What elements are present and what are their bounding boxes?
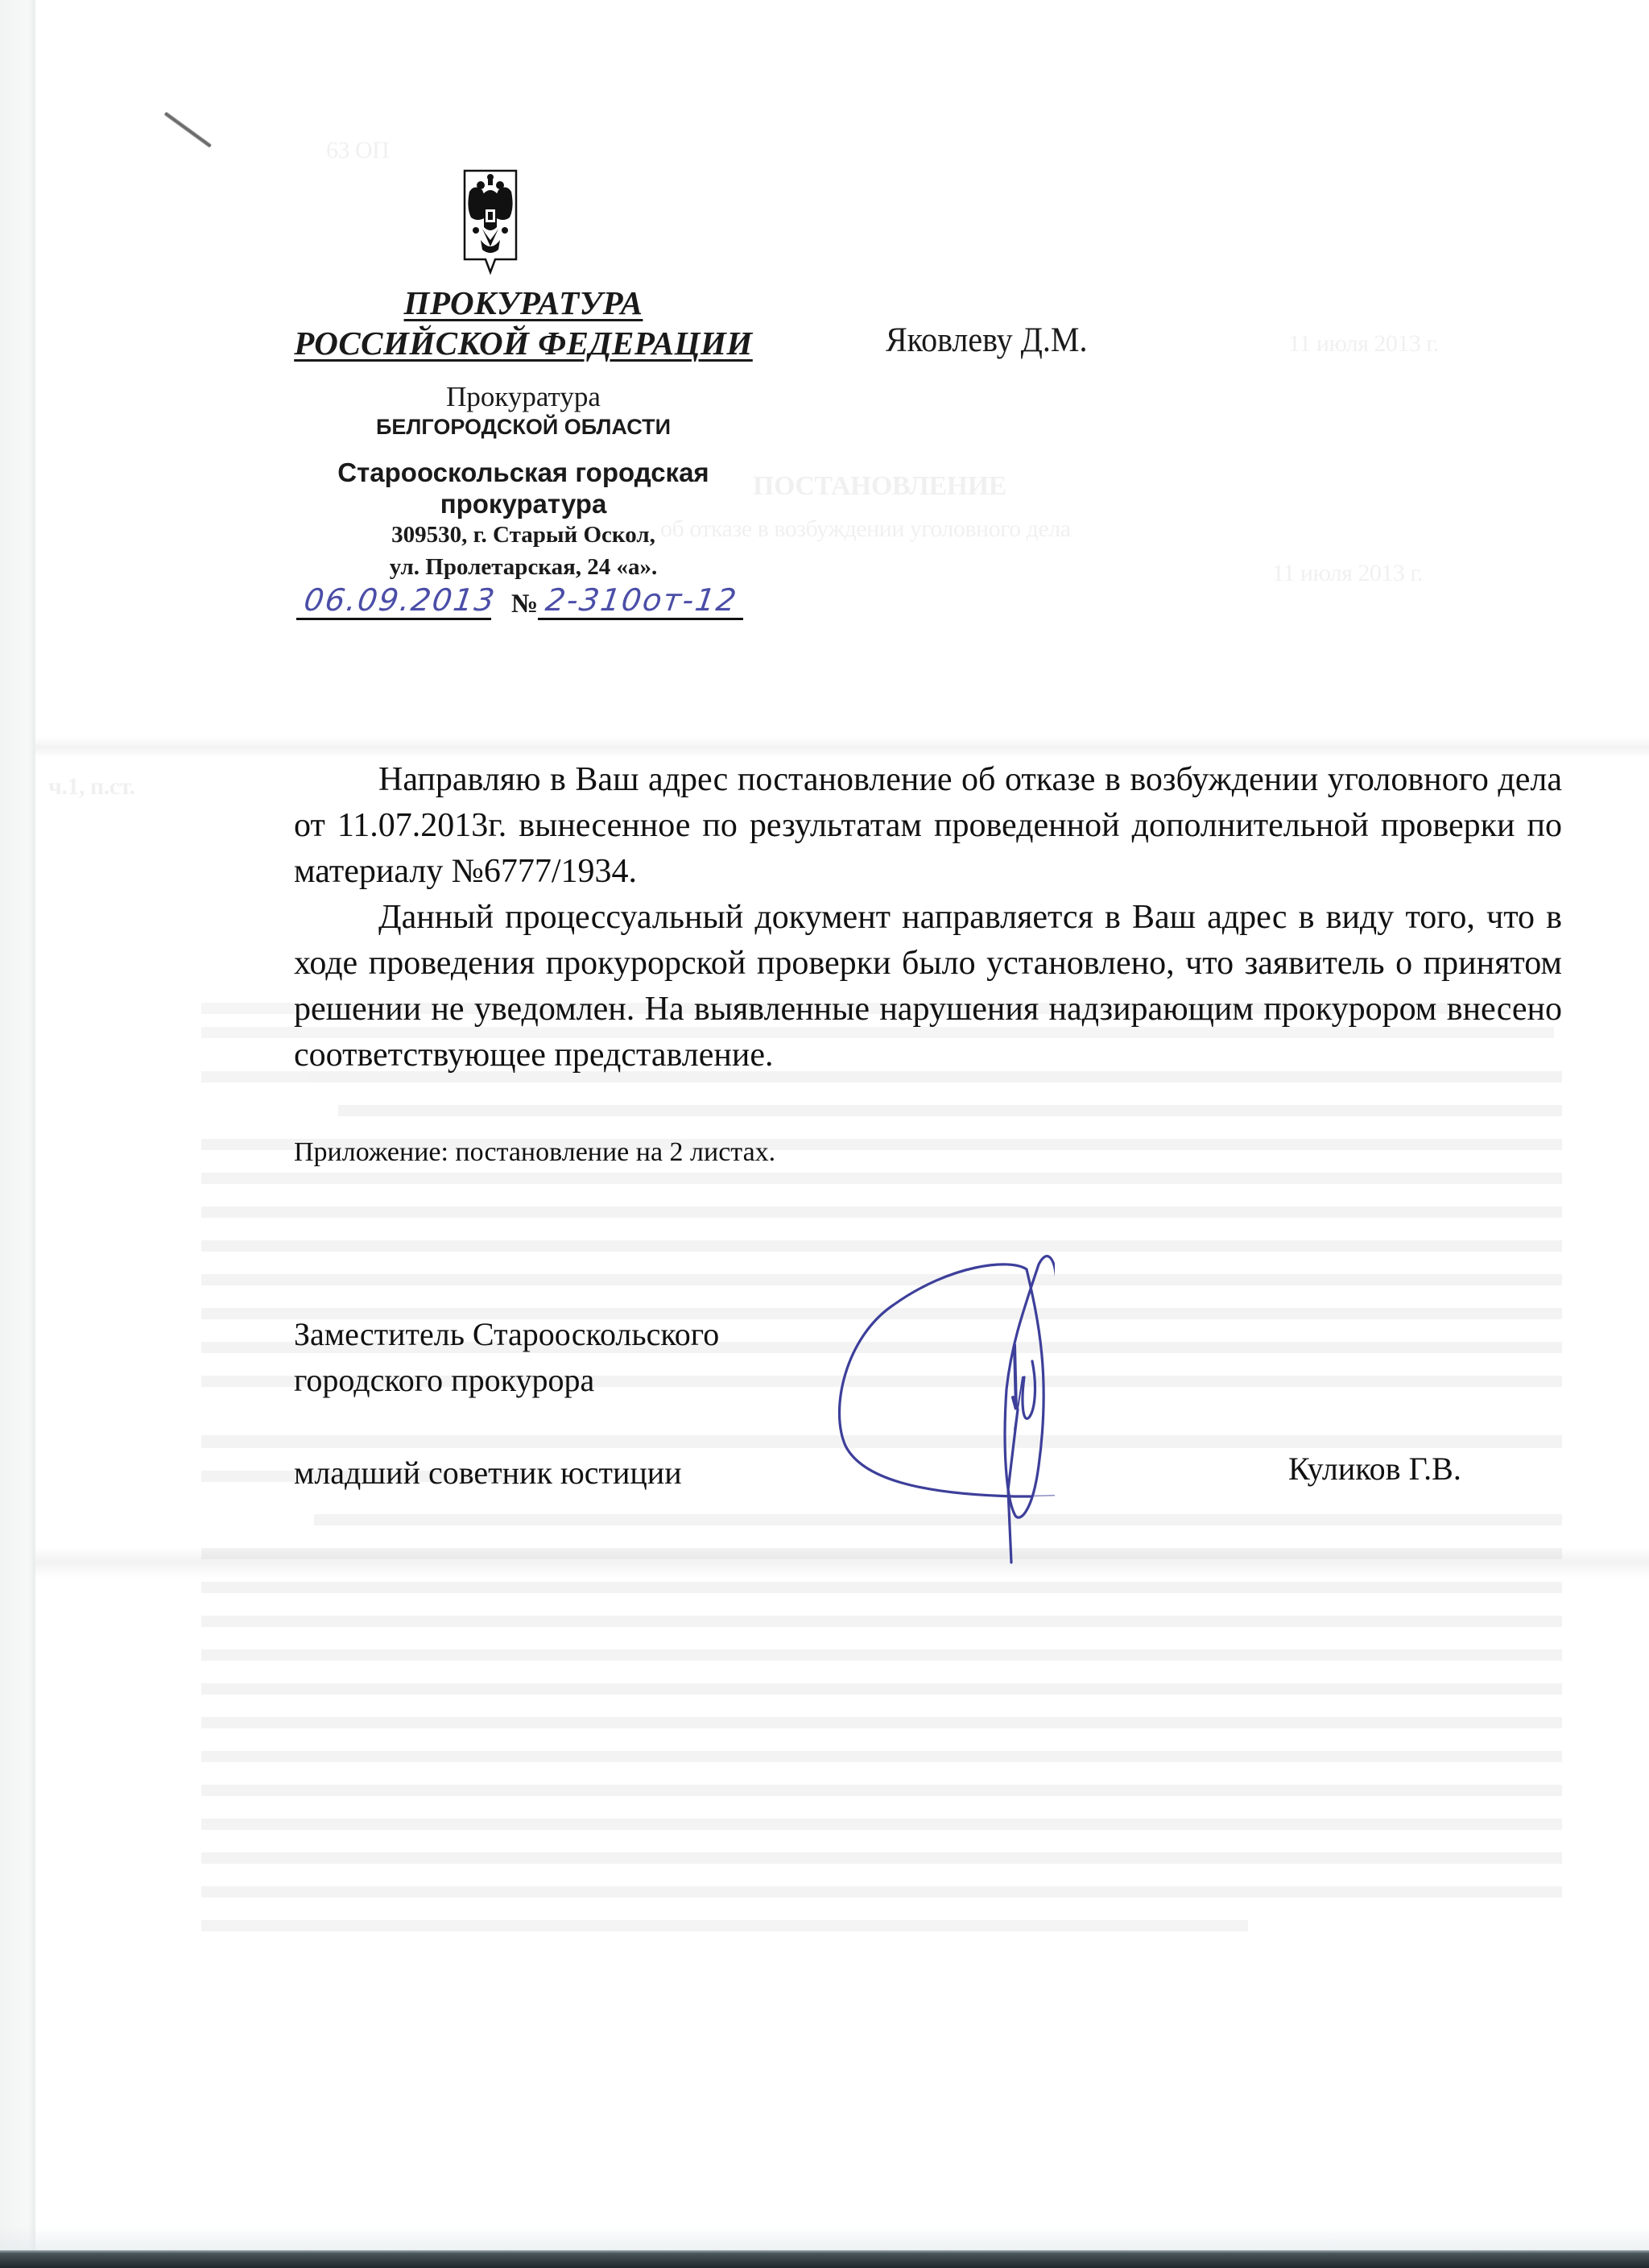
number-underline (538, 618, 743, 620)
body-paragraph-2: Данный процессуальный документ направляе… (294, 895, 1562, 1078)
staple-mark (164, 111, 213, 147)
regional-office-line2: БЕЛГОРОДСКОЙ ОБЛАСТИ (274, 416, 773, 438)
bleed-text: ПОСТАНОВЛЕНИЕ (753, 471, 1006, 502)
coat-of-arms-icon (463, 169, 518, 275)
outgoing-reference: 06.09.2013 № 2-310от-12 (296, 581, 743, 620)
body-paragraph-1: Направляю в Ваш адрес постановление об о… (294, 757, 1562, 895)
signer-title-line2: городского прокурора (294, 1357, 594, 1403)
bleed-text: 11 июля 2013 г. (1272, 560, 1423, 587)
number-sign: № (511, 590, 538, 619)
handwritten-signature (821, 1224, 1055, 1579)
date-underline (296, 618, 491, 620)
scan-bottom-edge (0, 2250, 1649, 2268)
scan-left-edge (0, 0, 35, 2268)
signer-title-line1: Заместитель Старооскольского (294, 1311, 719, 1357)
scan-bottom-shadow (0, 2226, 1649, 2250)
bleed-text: 63 ОП (326, 137, 389, 164)
attachment-note: Приложение: постановление на 2 листах. (294, 1137, 775, 1168)
recipient-name: Яковлеву Д.М. (886, 321, 1087, 360)
handwritten-number: 2-310от-12 (543, 585, 739, 615)
regional-office-line1: Прокуратура (274, 383, 773, 411)
bleed-text: 11 июля 2013 г. (1288, 330, 1439, 358)
org-title-line2: РОССИЙСКОЙ ФЕДЕРАЦИИ (274, 327, 773, 360)
address-line1: 309530, г. Старый Оскол, (274, 524, 773, 547)
signer-rank: младший советник юстиции (294, 1450, 682, 1496)
org-title-line1: ПРОКУРАТУРА (274, 287, 773, 320)
city-office-line2: прокуратура (274, 490, 773, 517)
bleed-text: ч.1, п.ст. (48, 773, 135, 801)
paper-fold (35, 737, 1649, 758)
letter-body: Направляю в Ваш адрес постановление об о… (294, 757, 1562, 1078)
address-line2: ул. Пролетарская, 24 «а». (274, 556, 773, 579)
signer-name: Куликов Г.В. (1288, 1450, 1461, 1488)
city-office-line1: Старооскольская городская (274, 459, 773, 486)
handwritten-date: 06.09.2013 (302, 585, 498, 615)
